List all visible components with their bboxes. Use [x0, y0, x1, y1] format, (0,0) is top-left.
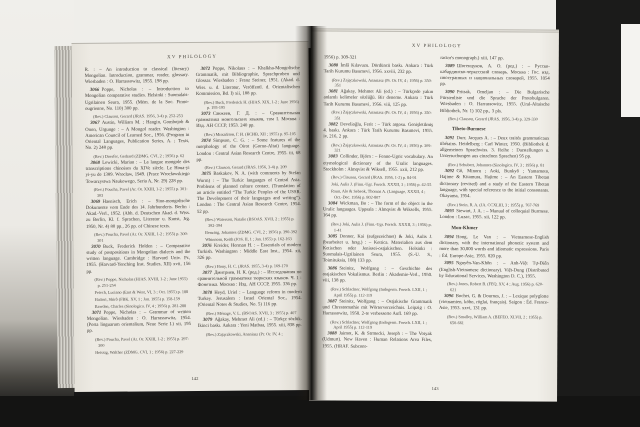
bibliography-entry: 3076 Kreider, Herman H. : – Essentials o…: [197, 243, 301, 263]
entry-number: 3069: [91, 200, 100, 205]
bibliography-entry: 3081 Ağakay, Mehmet Ali (ed.) : – Türkçe…: [324, 90, 434, 109]
review-line: (Rev.) Smalley, William A. (BEFEO. XLVII…: [447, 314, 549, 326]
review-line: Whinnom, Keith (JOS. II, 1 ; Jan. 1955) …: [205, 236, 301, 242]
bibliography-entry: 3070 Buck, Frederick Holden : – Comparat…: [86, 244, 190, 276]
bibliography-entry: 3067 Austin, William M. ; Hangin, Gomboj…: [85, 120, 189, 152]
review-line: (Rev.) Poucha, Pavel (Ar. Or. XXIII, 1-2…: [94, 231, 190, 243]
bibliography-entry: 3083 Collinder, Björn : – Fenno-Ugric vo…: [323, 155, 433, 174]
bibliography-entry: 3072 Poppe, Nikolaus : – Khalkha-Mongoli…: [196, 66, 300, 98]
bibliography-entry: ractor's monograph.) xiii, 147 pp.: [440, 56, 550, 63]
review-line: Heissig, Walther (ZDMG. CVI, 1 ; 1956) p…: [95, 349, 191, 355]
review-line: (Rev.) Михайлов, Г. И. (КСИВ, XII ; 1955…: [204, 131, 300, 137]
review-line: (Rev.) Schlachter, Wolfgang (Indogerm. F…: [331, 287, 433, 299]
entry-number: 3075: [202, 172, 211, 177]
bibliography-entry: 3096 Bochet, G. & Dournes, J. : – Lexiqu…: [439, 294, 549, 313]
entry-number: 3090: [445, 90, 454, 95]
review-line: (Rev.) Poucha, Pavel (Ar. Or. XXIII, 1-2…: [94, 186, 190, 198]
right-page: XV PHILOLOGY 1956) p. 309-3213080 İmlâ K…: [309, 28, 559, 401]
entry-number: 3093: [445, 209, 454, 214]
bibliography-entry: 3080 İmlâ Kılavuzu. Dördüncü baskı. Anka…: [324, 63, 434, 76]
review-line: Joki, Aulis J. (Finn.-Ugr. Forsch. XXXII…: [331, 182, 433, 188]
review-line: (Rev.) Poppe, Nicholas (HJAS. XVIII, 1-2…: [95, 276, 191, 288]
bibliography-entry: 1956) p. 309-321: [324, 55, 434, 62]
entry-number: 3083: [328, 155, 337, 160]
review-line: Bawden, Charles (Sinologica. IV, 4 ; 195…: [95, 303, 191, 309]
bibliography-entry: 3082 Develioğlu, Ferit : – Türk argosu. …: [323, 122, 433, 141]
entry-number: 3079: [203, 318, 212, 323]
entry-number: 3084: [328, 201, 337, 206]
entry-number: 3066: [90, 88, 99, 93]
review-line: Benzing, Johannes (ZDMG. CVI, 2 ; 1956) …: [205, 229, 301, 235]
review-line: (Rev.) Clauson, Gerard (JRAS. 1956, 3-4)…: [93, 113, 189, 119]
review-line: (Rev.) Joki, Aulis J. (Finn.-Ugr. Forsch…: [331, 222, 433, 234]
entry-number: 3081: [329, 90, 338, 95]
bibliography-entry: 3079 Ağakay, Mehmet Ali (ed.) : – Türkçe…: [198, 317, 302, 330]
bibliography-entry: 3069 Haenisch, Erich : – Sino-mongolisch…: [86, 199, 190, 231]
entry-number: 3092: [445, 169, 454, 174]
bibliography-entry: 3087 Steinitz, Wolfgang : – Ostjakische …: [322, 299, 432, 318]
book-scan-photo: XV PHILOLOGY R. : – An introduction to c…: [0, 0, 640, 427]
page-number-left: 142: [87, 375, 302, 382]
entry-number: 3076: [202, 244, 211, 249]
section-heading: Mon-Khmer: [451, 226, 549, 232]
review-line: (Rev.) Stein, R. A. (JA. CCXLIII, 3 ; 19…: [448, 202, 550, 208]
right-page-column-1: 1956) p. 309-3213080 İmlâ Kılavuzu. Dörd…: [322, 55, 433, 352]
entry-number: 3080: [329, 63, 338, 68]
entry-number: 3094: [444, 235, 453, 240]
review-line: (Rev.) Schubert, Johannes (Sinologica. I…: [448, 162, 550, 168]
entry-number: 3078: [203, 291, 212, 296]
review-line: (Rev.) Clauson, Gerard (JRAS. 1956, 3-4)…: [448, 116, 550, 122]
running-head-left: XV PHILOLOGY: [85, 54, 300, 61]
review-line: (Rev.) Buck, Frederick H. (HJAS. XIX, 1-…: [204, 99, 300, 111]
entry-number: 3072: [201, 67, 210, 72]
page-marker-strip: [621, 24, 640, 117]
bibliography-entry: 3094 Hong, Le Van : – Vietnamese-English…: [439, 235, 549, 260]
review-line: (Rev.) Poucha, Pavel (Ar. Or. XXIII, 1-2…: [95, 336, 191, 348]
entry-number: 3068: [91, 161, 100, 166]
section-heading: Tibeto-Burmese: [452, 127, 550, 133]
bibliography-entry: 3073 Санжеев, Г. Д. : – Сравнительная гр…: [196, 111, 300, 131]
review-line: (Rev.) Zajączkowski, Ananiasz (Pr. Or. I…: [206, 331, 302, 337]
review-line: Hattori, Shirô (FBK. XV, 1 ; Jan. 1955) …: [95, 296, 191, 302]
bibliography-entry: 3086 Steinitz, Wolfgang : – Geschichte d…: [323, 266, 433, 285]
bibliography-entry: 3077 Дмитриев, Н. К. (ред.) : – Исследов…: [197, 270, 301, 290]
bibliography-entry: 3090 Pritsak, Omeljan : – Die Bulgarisch…: [440, 90, 550, 115]
entry-number: 3096: [444, 294, 453, 299]
running-head-right: XV PHILOLOGY: [324, 43, 550, 49]
bibliography-entry: 3074 Simpson, C. G. : – Some features of…: [196, 138, 300, 164]
bibliography-entry: 3078 Heyd, Uriel : – Language reform in …: [198, 290, 302, 310]
bibliography-entry: 3095 Nguyên-Van-Khôn : – Anh-Việt Tự-Điể…: [439, 261, 549, 280]
bibliography-entry: 3075 Baskakov, N. A. (with comments by S…: [197, 171, 301, 215]
entry-number: 3091: [445, 136, 454, 141]
review-line: Petech, Luciano (East & West, VI, 3 ; Oc…: [95, 289, 191, 295]
review-line: (Rev.) Hony, H. C. (JRAS. 1955, 3-4) p. …: [205, 263, 301, 269]
review-line: (Rev.) Jones, Robert B. (FEQ. XV, 4 ; Au…: [447, 282, 549, 294]
review-line: (Rev.) Clauson, Gerard (JRAS. 1956, 3-4)…: [205, 164, 301, 170]
review-line: (Rev.) Zajączkowski, Ananiasz (Pr. Or. I…: [331, 110, 433, 122]
bibliography-entry: 3085 Donner, Kai (aufgezeichnet) & Joki,…: [323, 234, 433, 266]
bibliography-entry: 3089 Шогенцуков, А. О. (ред.) : – Русско…: [440, 64, 550, 89]
entry-number: 3095: [444, 261, 453, 266]
entry-number: 3089: [445, 64, 454, 69]
review-line: (Rev.) Zajączkowski, Ananiasz (Pr. Or. I…: [331, 142, 433, 154]
review-line: (Rev.) Doerfer, Gerhard (ZDMG. CVI, 2 ; …: [93, 153, 189, 159]
entry-number: 3073: [201, 112, 210, 117]
bibliography-entry: 3091 Durr, Jacques A. : – Deux traités g…: [440, 136, 550, 161]
entry-number: 3085: [328, 234, 337, 239]
review-line: (Rev.) Ménage, V. L. (BSOAS. XVII, 3 ; 1…: [206, 310, 302, 316]
review-line: (Rev.) Clauson, Gerard (JRAS. 1956, 1-2)…: [331, 175, 433, 181]
entry-number: 3088: [327, 332, 336, 337]
book-gutter-shadow: [295, 26, 327, 400]
review-line: Raun, Alo & Sebeok, Thomas A. (Language,…: [331, 189, 433, 201]
bibliography-entry: 3068 Lewicki, Marian : – La langue mongo…: [86, 160, 190, 186]
entry-number: 3086: [328, 267, 337, 272]
entry-number: 3067: [90, 121, 99, 126]
bibliography-entry: 3084 Wickman, Bo : – The form of the obj…: [323, 201, 433, 220]
entry-number: 3082: [328, 122, 337, 127]
page-number-right: 143: [322, 385, 548, 391]
left-page-column-2: 3072 Poppe, Nikolaus : – Khalkha-Mongoli…: [196, 66, 303, 355]
bibliography-entry: 3092 Gô, Minoru ; Aoki, Bunkyô ; Yamamot…: [440, 169, 550, 201]
bibliography-entry: 3066 Poppe, Nicholas : – Introduction to…: [85, 87, 189, 113]
bibliography-entry: 3071 Poppe, Nicholas : – Grammar of writ…: [87, 310, 191, 336]
review-line: (Rev.) Zajączkowski, Ananiasz (Pr. Or. I…: [332, 77, 434, 89]
entry-number: 3087: [328, 299, 337, 304]
entry-number: 3071: [92, 311, 101, 316]
review-line: (Rev.) Schlachter, Wolfgang (Indogerm. F…: [330, 319, 432, 331]
bibliography-entry: 3093 Stewart, J. A. : – Manual of colloq…: [439, 209, 549, 222]
left-page-column-1: R. : – An introduction to classical (lit…: [85, 67, 192, 356]
bibliography-entry: R. : – An introduction to classical (lit…: [85, 67, 189, 87]
right-page-column-2: ractor's monograph.) xiii, 147 pp.3089 Ш…: [439, 56, 550, 353]
entry-number: 3070: [91, 245, 100, 250]
review-line: (Rev.) Waterson, Natalie (BSOAS. XVII, 2…: [205, 216, 301, 228]
entry-number: 3074: [201, 139, 210, 144]
left-page: XV PHILOLOGY R. : – An introduction to c…: [71, 41, 311, 392]
entry-number: 3077: [202, 271, 211, 276]
bibliography-entry: 3088 Jaimot, K. & Strmecki, Joseph : – T…: [322, 332, 432, 351]
